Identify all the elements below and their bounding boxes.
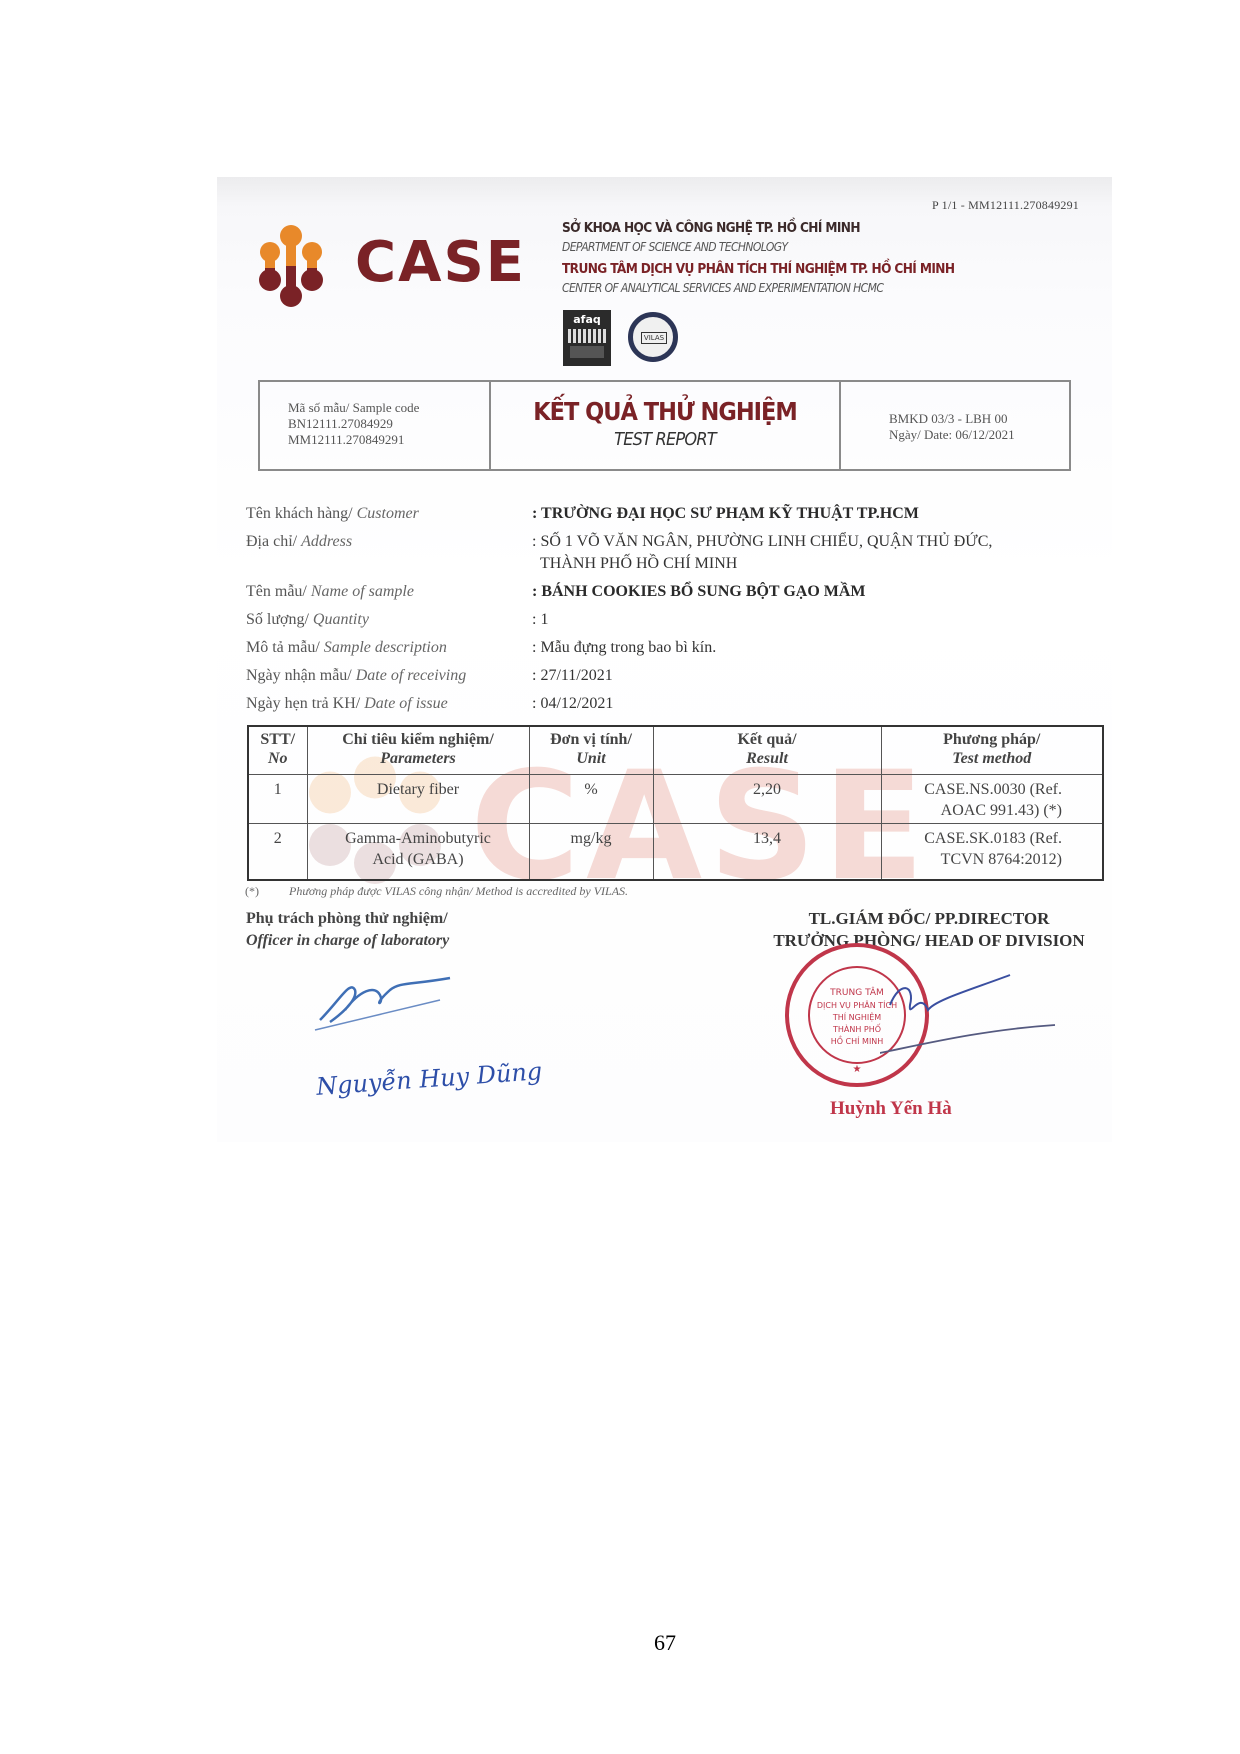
department-header: SỞ KHOA HỌC VÀ CÔNG NGHỆ TP. HỒ CHÍ MINH… bbox=[562, 220, 954, 295]
col-header-no: STT/No bbox=[248, 726, 307, 775]
description-value: : Mẫu đựng trong bao bì kín. bbox=[532, 634, 1106, 662]
report-reference: P 1/1 - MM12111.270849291 bbox=[932, 198, 1079, 213]
sample-code-label: Mã số mẫu/ Sample code bbox=[288, 400, 489, 416]
date-received-value: : 27/11/2021 bbox=[532, 662, 1106, 690]
info-row-sample-name: Tên mẫu/ Name of sample : BÁNH COOKIES B… bbox=[246, 578, 1106, 606]
svg-text:TRUNG TÂM: TRUNG TÂM bbox=[829, 986, 884, 998]
cell-method: CASE.NS.0030 (Ref.AOAC 991.43) (*) bbox=[881, 775, 1103, 824]
info-row-description: Mô tả mẫu/ Sample description : Mẫu đựng… bbox=[246, 634, 1106, 662]
cell-result: 13,4 bbox=[653, 824, 881, 880]
signature-right-icon bbox=[880, 960, 1060, 1070]
col-header-result: Kết quả/Result bbox=[653, 726, 881, 775]
cell-parameter: Gamma-AminobutyricAcid (GABA) bbox=[307, 824, 529, 880]
report-header-box: Mã số mẫu/ Sample code BN12111.27084929 … bbox=[258, 380, 1071, 471]
department-en: DEPARTMENT OF SCIENCE AND TECHNOLOGY bbox=[562, 240, 954, 254]
form-code: BMKD 03/3 - LBH 00 bbox=[889, 411, 1069, 427]
footnote: (*)Phương pháp được VILAS công nhận/ Met… bbox=[245, 884, 628, 899]
signatory-right-name: Huỳnh Yến Hà bbox=[830, 1098, 952, 1120]
address-value: : SỐ 1 VÕ VĂN NGÂN, PHƯỜNG LINH CHIỂU, Q… bbox=[532, 531, 1106, 575]
sample-name-value: : BÁNH COOKIES BỔ SUNG BỘT GẠO MẦM bbox=[532, 578, 1106, 606]
col-header-parameters: Chỉ tiêu kiểm nghiệm/Parameters bbox=[307, 726, 529, 775]
sample-code-cell: Mã số mẫu/ Sample code BN12111.27084929 … bbox=[260, 382, 491, 469]
report-date: Ngày/ Date: 06/12/2021 bbox=[889, 427, 1069, 443]
table-row: 1 Dietary fiber % 2,20 CASE.NS.0030 (Ref… bbox=[248, 775, 1103, 824]
vilas-accreditation-icon: VILAS bbox=[628, 312, 678, 362]
col-header-unit: Đơn vị tính/Unit bbox=[529, 726, 653, 775]
svg-text:THÍ NGHIỆM: THÍ NGHIỆM bbox=[832, 1011, 881, 1023]
page-number: 67 bbox=[640, 1630, 690, 1656]
case-logo-icon bbox=[258, 222, 324, 312]
sample-info: Tên khách hàng/ Customer : TRƯỜNG ĐẠI HỌ… bbox=[246, 500, 1106, 718]
date-issue-value: : 04/12/2021 bbox=[532, 690, 1106, 718]
col-header-method: Phương pháp/Test method bbox=[881, 726, 1103, 775]
info-row-address: Địa chỉ/ Address : SỐ 1 VÕ VĂN NGÂN, PHƯ… bbox=[246, 528, 1106, 578]
table-header-row: STT/No Chỉ tiêu kiểm nghiệm/Parameters Đ… bbox=[248, 726, 1103, 775]
afaq-certification-icon: afaq bbox=[563, 310, 611, 366]
report-title-en: TEST REPORT bbox=[491, 429, 839, 450]
report-title-vn: KẾT QUẢ THỬ NGHIỆM bbox=[491, 397, 839, 426]
cell-method: CASE.SK.0183 (Ref.TCVN 8764:2012) bbox=[881, 824, 1103, 880]
info-row-quantity: Số lượng/ Quantity : 1 bbox=[246, 606, 1106, 634]
sample-code-1: BN12111.27084929 bbox=[288, 416, 489, 432]
svg-text:★: ★ bbox=[853, 1064, 862, 1075]
sample-code-2: MM12111.270849291 bbox=[288, 432, 489, 448]
center-en: CENTER OF ANALYTICAL SERVICES AND EXPERI… bbox=[562, 281, 954, 295]
signatory-left-title: Phụ trách phòng thử nghiệm/ Officer in c… bbox=[246, 908, 449, 952]
cell-unit: mg/kg bbox=[529, 824, 653, 880]
cell-no: 1 bbox=[248, 775, 307, 824]
report-title-cell: KẾT QUẢ THỬ NGHIỆM TEST REPORT bbox=[491, 382, 841, 469]
quantity-value: : 1 bbox=[532, 606, 1106, 634]
svg-text:THÀNH PHỐ: THÀNH PHỐ bbox=[832, 1022, 881, 1034]
cell-parameter: Dietary fiber bbox=[307, 775, 529, 824]
cell-no: 2 bbox=[248, 824, 307, 880]
form-info-cell: BMKD 03/3 - LBH 00 Ngày/ Date: 06/12/202… bbox=[841, 382, 1069, 469]
center-vn: TRUNG TÂM DỊCH VỤ PHÂN TÍCH THÍ NGHIỆM T… bbox=[562, 261, 954, 277]
cell-result: 2,20 bbox=[653, 775, 881, 824]
svg-text:HỒ CHÍ MINH: HỒ CHÍ MINH bbox=[831, 1034, 884, 1046]
info-row-date-received: Ngày nhận mẫu/ Date of receiving : 27/11… bbox=[246, 662, 1106, 690]
customer-value: : TRƯỜNG ĐẠI HỌC SƯ PHẠM KỸ THUẬT TP.HCM bbox=[532, 500, 1106, 528]
results-table: STT/No Chỉ tiêu kiểm nghiệm/Parameters Đ… bbox=[247, 725, 1104, 881]
table-row: 2 Gamma-AminobutyricAcid (GABA) mg/kg 13… bbox=[248, 824, 1103, 880]
info-row-customer: Tên khách hàng/ Customer : TRƯỜNG ĐẠI HỌ… bbox=[246, 500, 1106, 528]
info-row-date-issue: Ngày hẹn trả KH/ Date of issue : 04/12/2… bbox=[246, 690, 1106, 718]
department-vn: SỞ KHOA HỌC VÀ CÔNG NGHỆ TP. HỒ CHÍ MINH bbox=[562, 220, 954, 236]
case-logo-text: CASE bbox=[355, 230, 526, 295]
signature-left-icon bbox=[300, 960, 460, 1040]
cell-unit: % bbox=[529, 775, 653, 824]
